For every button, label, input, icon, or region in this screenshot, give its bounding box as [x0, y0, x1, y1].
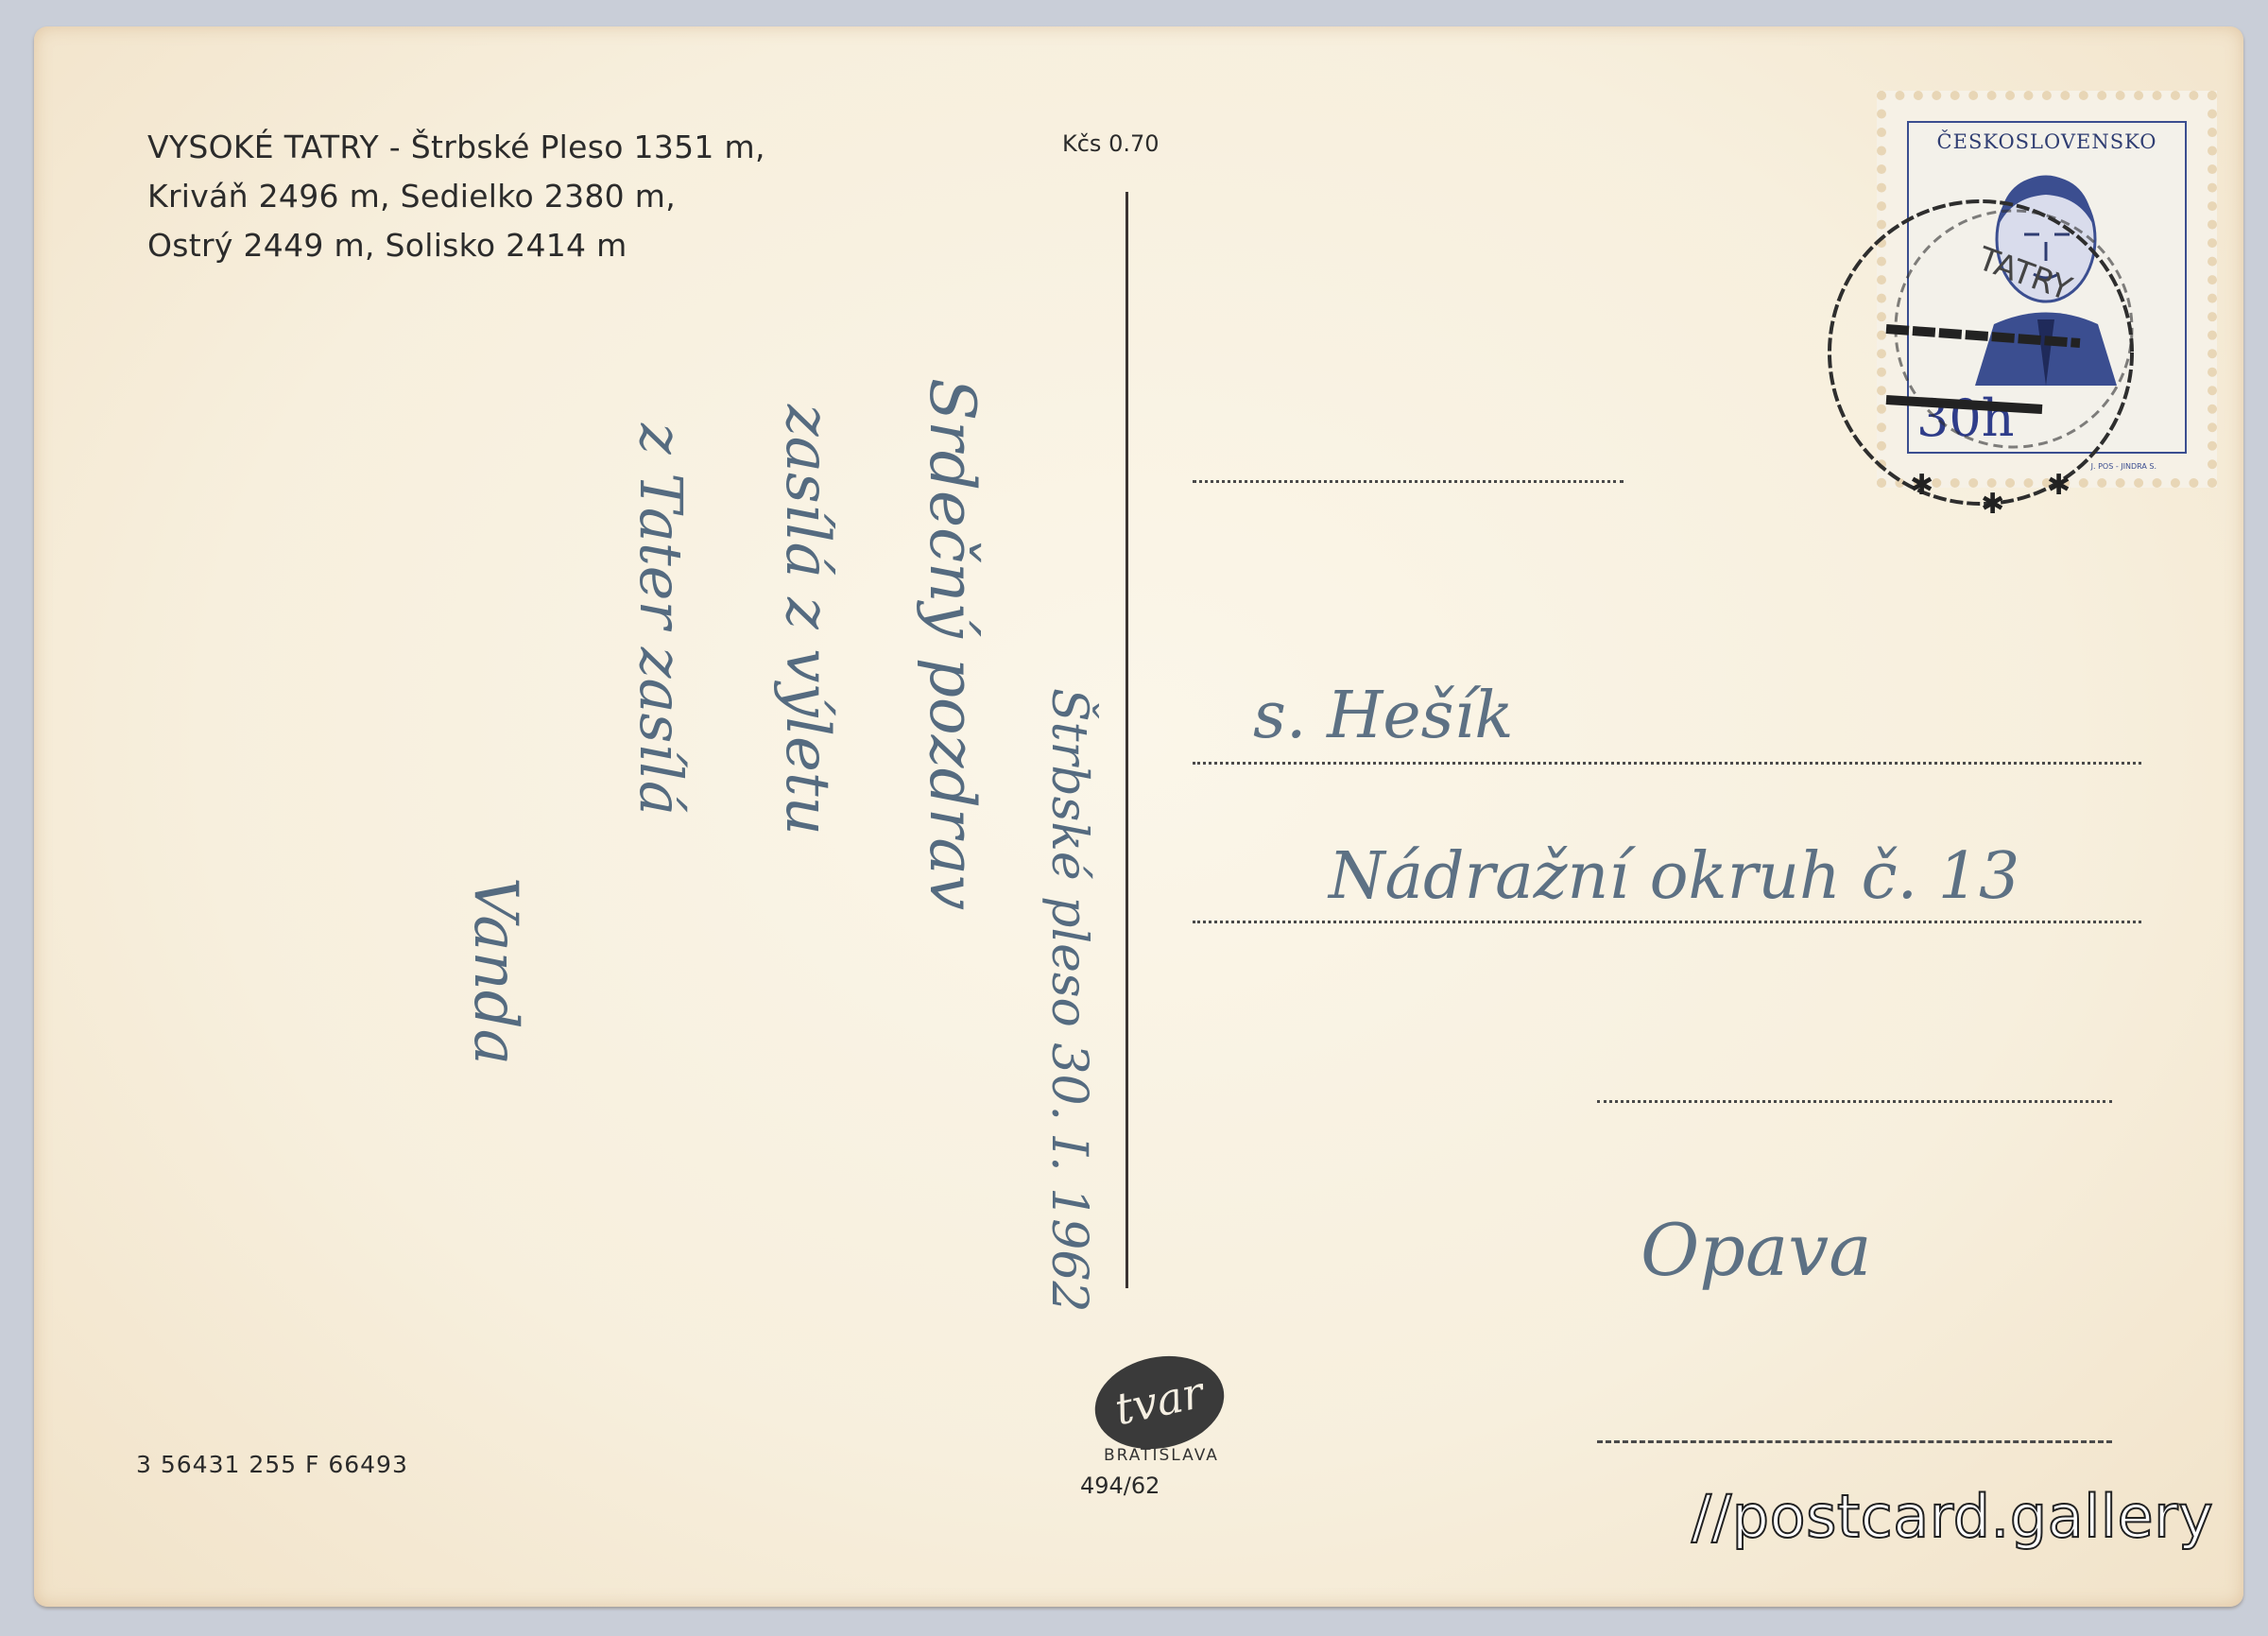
stamp-country: ČESKOSLOVENSKO — [1909, 130, 2185, 153]
stamp-credit: J. POS - JINDRA S. — [2091, 462, 2156, 471]
svg-text:✱: ✱ — [1981, 488, 2004, 521]
series-number: 494/62 — [1080, 1472, 1160, 1499]
recipient-name: s. Hešík — [1253, 679, 1514, 753]
price-label: Kčs 0.70 — [1062, 130, 1160, 157]
publisher-logo: tvar — [1087, 1345, 1233, 1461]
address-line-3 — [1597, 1100, 2112, 1103]
watermark: //postcard.gallery — [1692, 1482, 2213, 1551]
caption-line: VYSOKÉ TATRY - Štrbské Pleso 1351 m, — [147, 123, 765, 172]
address-line-2 — [1193, 921, 2141, 923]
message-line-2: zasílá z výletu — [772, 405, 842, 835]
recipient-street: Nádražní okruh č. 13 — [1329, 839, 2019, 914]
center-divider — [1125, 192, 1128, 1288]
place-date: Štrbské pleso 30. I. 1962 — [1040, 688, 1097, 1313]
address-line-1 — [1193, 762, 2141, 765]
location-caption: VYSOKÉ TATRY - Štrbské Pleso 1351 m, Kri… — [147, 123, 765, 270]
address-line-4 — [1597, 1440, 2112, 1443]
postage-stamp: ČESKOSLOVENSKO 30h J. POS - JINDRA S. — [1877, 91, 2217, 488]
publisher-city: BRATISLAVA — [1104, 1446, 1219, 1465]
postcard: VYSOKÉ TATRY - Štrbské Pleso 1351 m, Kri… — [34, 26, 2243, 1607]
recipient-city: Opava — [1641, 1208, 1872, 1292]
caption-line: Ostrý 2449 m, Solisko 2414 m — [147, 221, 765, 270]
signature: Vanda — [460, 877, 530, 1065]
stamp-value: 30h — [1916, 388, 2015, 448]
portrait-icon — [1975, 168, 2117, 386]
catalog-code: 3 56431 255 F 66493 — [136, 1451, 408, 1478]
address-line-0 — [1193, 480, 1624, 483]
caption-line: Kriváň 2496 m, Sedielko 2380 m, — [147, 172, 765, 221]
message-line-1: Srdečný pozdrav — [916, 378, 988, 910]
message-line-3: z Tater zasílá — [627, 423, 696, 816]
stamp-frame: ČESKOSLOVENSKO 30h J. POS - JINDRA S. — [1907, 121, 2187, 454]
